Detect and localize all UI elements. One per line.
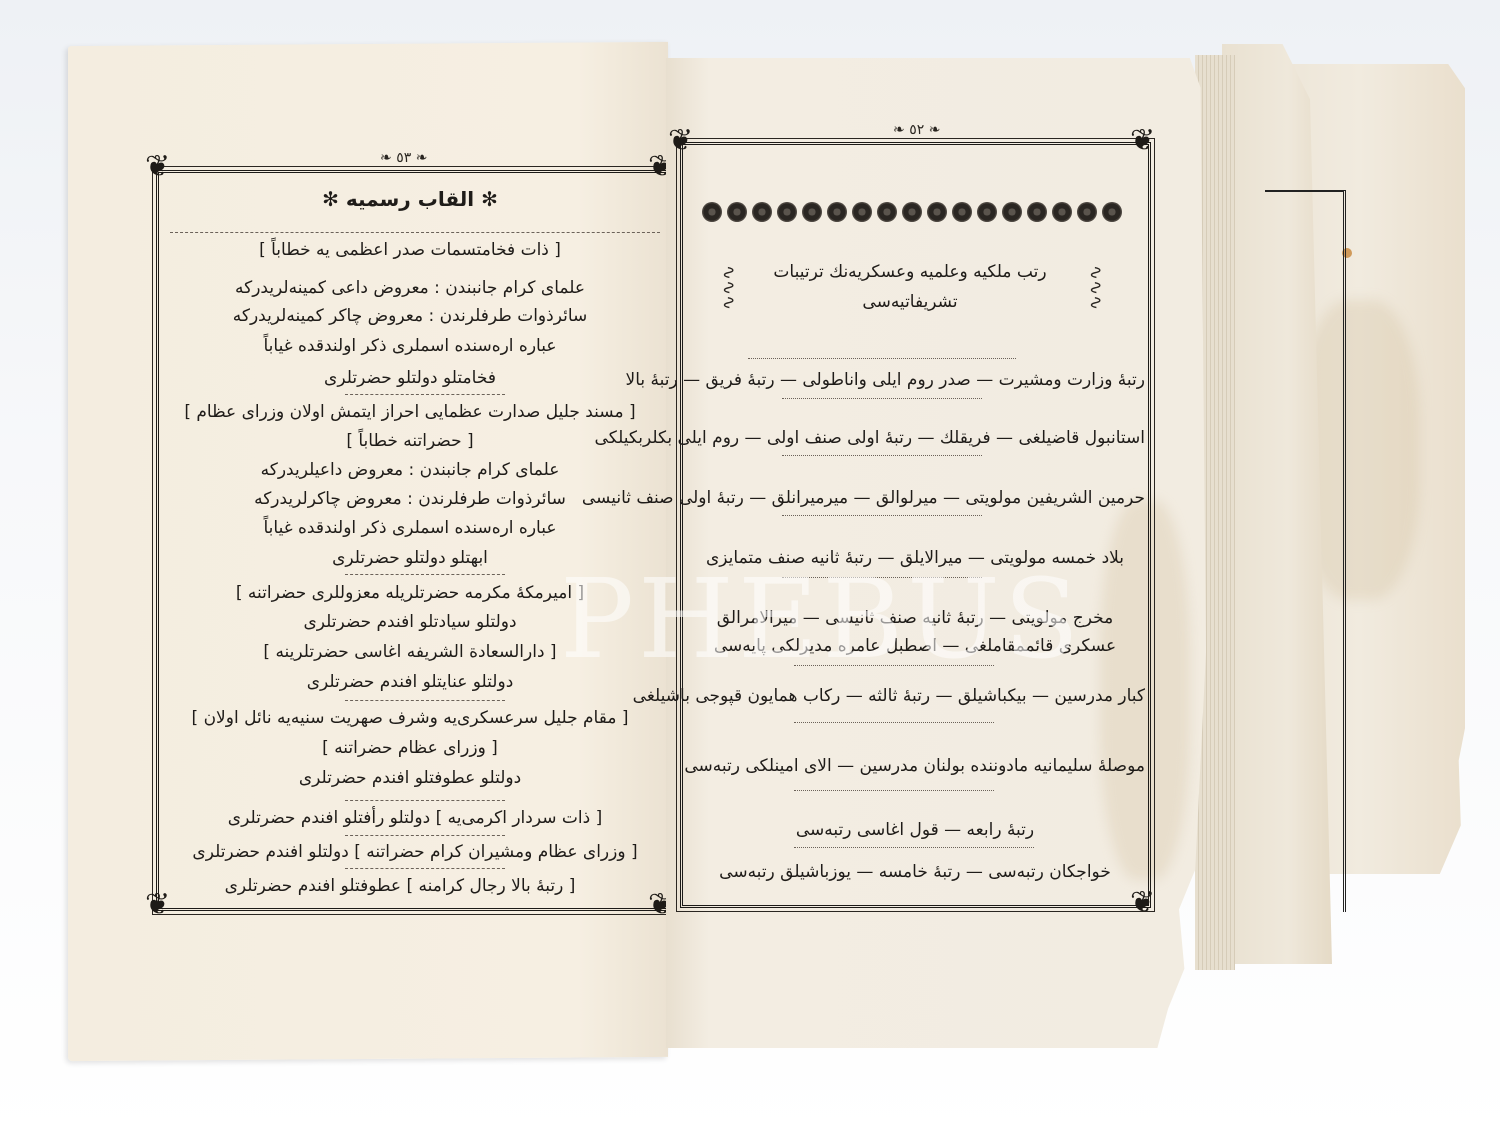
rank-line: حرمین الشریفین مولویتی — میرلوالق — میرم… — [685, 488, 1145, 508]
rosette-icon — [1002, 202, 1022, 222]
right-page-border — [680, 142, 1151, 908]
rosette-icon — [802, 202, 822, 222]
honorific-line: [ وزرای عظام ومشیران کرام حضراتنه ] دولت… — [170, 842, 660, 862]
rank-line: عسکری قائممقاملغی — اصطبل عامره مدیرلکی … — [685, 636, 1145, 656]
section-title: [ امیرمکهٔ مکرمه حضرتلریله معزوللری حضرا… — [170, 583, 650, 603]
section-title: [ وزرای عظام حضراتنه ] — [170, 738, 650, 758]
divider — [794, 722, 994, 723]
divider — [345, 700, 505, 701]
rosette-icon — [727, 202, 747, 222]
rosette-icon — [1027, 202, 1047, 222]
rosette-icon — [1077, 202, 1097, 222]
page-number-right: ❧ ٥٢ ❧ — [893, 122, 940, 138]
rank-line: رتبهٔ رابعه — قول اغاسی رتبه‌سی — [685, 820, 1145, 840]
rank-line: استانبول قاضیلغی — فریقلك — رتبهٔ اولی ص… — [685, 428, 1145, 448]
rank-line: بلاد خمسه مولویتی — میرالایلق — رتبهٔ ثا… — [685, 548, 1145, 568]
section-title: [ مقام جلیل سرعسکری‌یه وشرف صهریت سنیه‌ی… — [170, 708, 650, 728]
divider — [345, 868, 505, 869]
rosette-icon — [1052, 202, 1072, 222]
folio-ornament-icon: ❧ — [416, 150, 428, 166]
corner-flourish-icon: ❦ — [1130, 126, 1155, 156]
divider — [782, 455, 982, 456]
section-title: [ ذات فخامتسمات صدر اعظمی یه خطاباً ] — [170, 240, 650, 260]
divider — [345, 574, 505, 575]
right-page-heading: رتب ملکیه وعلمیه وعسکریه‌نك ترتیبات — [740, 262, 1080, 282]
rosette-icon — [852, 202, 872, 222]
honorific-line: فخامتلو دولتلو حضرتلری — [170, 368, 650, 388]
corner-flourish-icon: ❦ — [1130, 888, 1155, 918]
rank-line: خواجکان رتبه‌سی — رتبهٔ خامسه — یوزباشیل… — [685, 862, 1145, 882]
star-ornament-icon: ✻ — [481, 187, 498, 211]
honorific-line: دولتلو عطوفتلو افندم حضرتلری — [170, 768, 650, 788]
divider — [782, 398, 982, 399]
divider — [170, 232, 660, 233]
honorific-line: [ رتبهٔ بالا رجال کرامنه ] عطوفتلو افندم… — [170, 876, 630, 896]
rosette-icon — [777, 202, 797, 222]
section-title: [ مسند جلیل صدارت عظمایی احراز ایتمش اول… — [170, 402, 650, 422]
left-page-heading: ✻ القاب رسمیه ✻ — [170, 187, 650, 211]
rank-line: مخرج مولویتی — رتبهٔ ثانیه صنف ثانیسی — … — [685, 608, 1145, 628]
squiggle-ornament-icon: ∿∿∿ — [718, 265, 739, 310]
rosette-ornament-band — [702, 200, 1122, 224]
honorific-line: دولتلو عنایتلو افندم حضرتلری — [170, 672, 650, 692]
page-number-left: ❧ ٥٣ ❧ — [380, 150, 427, 166]
text-line: سائرذوات طرفلرندن : معروض چاکرلریدرکه — [170, 489, 650, 509]
text-line: عباره ارەسندە اسملری ذکر اولندقده غیاباً — [170, 518, 650, 538]
rosette-icon — [827, 202, 847, 222]
rosette-icon — [702, 202, 722, 222]
text-line: عباره ارەسندە اسملری ذکر اولندقده غیاباً — [170, 336, 650, 356]
honorific-line: [ ذات سردار اکرمی‌یه ] دولتلو رأفتلو افن… — [170, 808, 660, 828]
rank-line: کبار مدرسین — بیکباشیلق — رتبهٔ ثالثه — … — [685, 686, 1145, 706]
rosette-icon — [877, 202, 897, 222]
rosette-icon — [927, 202, 947, 222]
text-line: علمای کرام جانبندن : معروض داعی کمینه‌لر… — [170, 278, 650, 298]
divider — [345, 800, 505, 801]
open-book-photo: ❦ ❦ ❦ ❦ ❧ ٥٣ ❧ ✻ القاب رسمیه ✻ [ ذات فخا… — [0, 0, 1500, 1141]
honorific-line: ابهتلو دولتلو حضرتلری — [170, 548, 650, 568]
squiggle-ornament-icon: ∿∿∿ — [1085, 265, 1106, 310]
divider — [794, 790, 994, 791]
folio-ornament-icon: ❧ — [929, 122, 941, 138]
divider — [782, 577, 982, 578]
honorific-line: دولتلو سیادتلو افندم حضرتلری — [170, 612, 650, 632]
text-line: سائرذوات طرفلرندن : معروض چاکر کمینه‌لری… — [170, 306, 650, 326]
section-title: [ دارالسعادة الشریفه اغاسی حضرتلرینه ] — [170, 642, 650, 662]
rosette-icon — [902, 202, 922, 222]
divider — [748, 358, 1016, 359]
corner-flourish-icon: ❦ — [145, 152, 170, 182]
rosette-icon — [1102, 202, 1122, 222]
section-title: [ حضراتنه خطاباً ] — [170, 431, 650, 451]
divider — [794, 665, 994, 666]
divider — [782, 515, 982, 516]
divider — [345, 835, 505, 836]
folio-ornament-icon: ❧ — [893, 122, 905, 138]
rosette-icon — [952, 202, 972, 222]
back-page-frame — [1265, 190, 1346, 912]
rank-line: رتبهٔ وزارت ومشیرت — صدر روم ایلی واناطو… — [685, 370, 1145, 390]
rank-line: موصلهٔ سلیمانیه مادوننده بولنان مدرسین —… — [685, 756, 1145, 776]
right-page-subheading: تشریفاتیه‌سی — [740, 292, 1080, 312]
rosette-icon — [977, 202, 997, 222]
text-line: علمای کرام جانبندن : معروض داعیلریدرکه — [170, 460, 650, 480]
divider — [794, 847, 1034, 848]
star-ornament-icon: ✻ — [322, 187, 339, 211]
corner-flourish-icon: ❦ — [668, 126, 693, 156]
divider — [345, 394, 505, 395]
corner-flourish-icon: ❦ — [145, 890, 170, 920]
rosette-icon — [752, 202, 772, 222]
folio-ornament-icon: ❧ — [380, 150, 392, 166]
